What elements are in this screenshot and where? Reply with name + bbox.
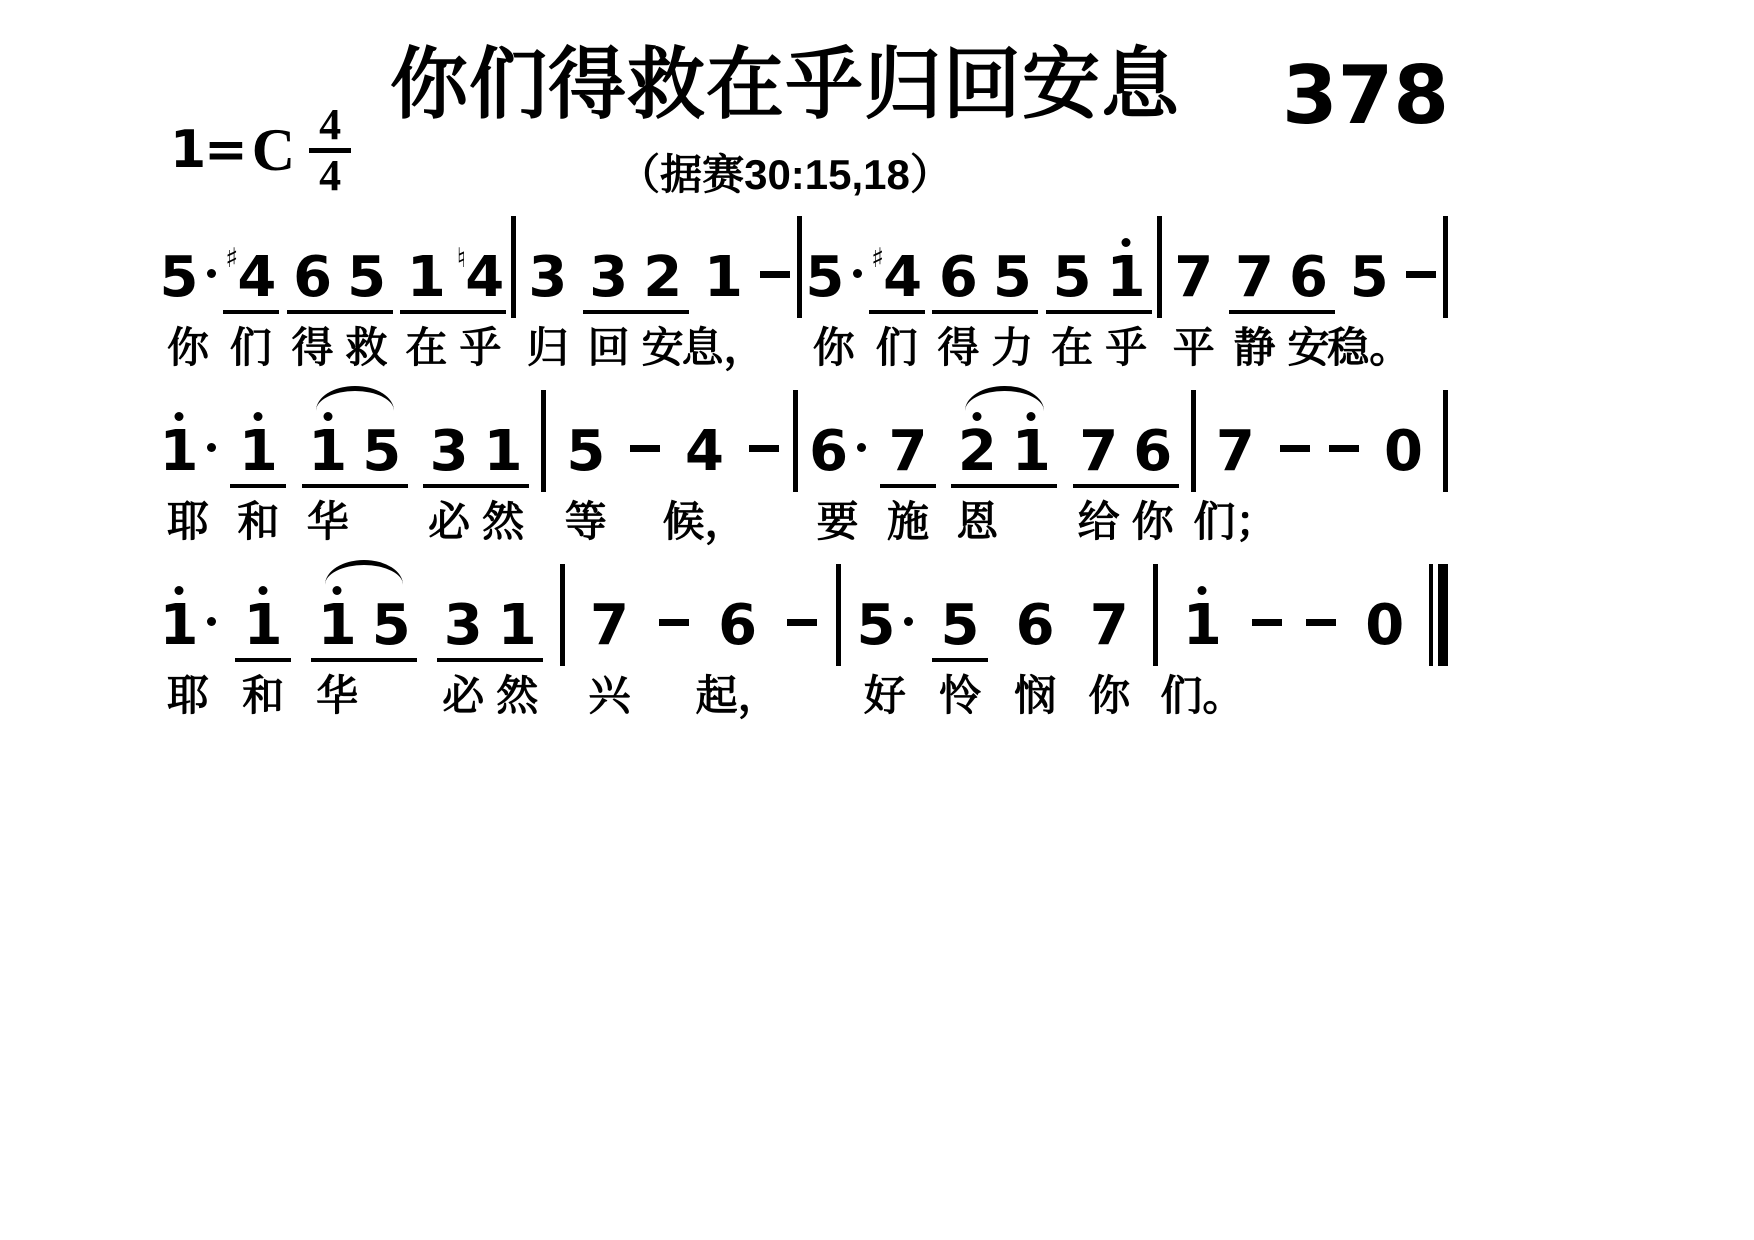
lyric-syllable: 平 — [1173, 324, 1215, 372]
lyric-syllable: 得 — [292, 324, 334, 372]
beam-underline — [1073, 484, 1179, 488]
duration-dash — [787, 619, 817, 626]
lyric-syllable: 华 — [316, 672, 358, 720]
lyric-syllable: 必 — [428, 498, 470, 546]
note-column: 1和 — [234, 552, 292, 720]
lyric-syllable: 们。 — [1160, 672, 1244, 720]
note-column: 5等 — [556, 378, 616, 546]
note-digit: 4 — [883, 250, 922, 306]
note-digit: 1 — [318, 598, 357, 654]
note-column: 5好 — [855, 552, 915, 720]
lyric-syllable: 好 — [864, 672, 906, 720]
note-digit: 6 — [718, 598, 757, 654]
key-label: 1= — [170, 124, 246, 176]
note-column: 1和 — [229, 378, 287, 546]
lyric-syllable: 恩 — [956, 498, 998, 546]
barline — [1157, 216, 1162, 318]
note-glyph: 7 — [1090, 598, 1129, 654]
beam-group: ♯4们 — [866, 204, 928, 372]
note-column: 3归 — [518, 204, 578, 372]
note-zone — [1301, 552, 1341, 664]
beam-group: 6得5救 — [284, 204, 396, 372]
duration-dash — [760, 271, 790, 278]
note-zone — [1275, 378, 1315, 490]
note-zone: 6 — [286, 204, 340, 316]
lyric-syllable: 怜 — [939, 672, 981, 720]
note-column: 1然 — [490, 552, 544, 720]
note-glyph: 7 — [888, 424, 927, 480]
note-column: 6得 — [931, 204, 985, 372]
note-glyph: 6 — [1016, 598, 1055, 654]
beam-group: 6得5力 — [929, 204, 1041, 372]
note-digit: 7 — [1174, 250, 1213, 306]
lyric-syllable: 们； — [1193, 498, 1277, 546]
time-signature: 4 4 — [309, 104, 351, 197]
note-column: 4候， — [675, 378, 735, 546]
note-zone: 7 — [1164, 204, 1224, 316]
octave-dot — [973, 412, 982, 421]
note-digit: 1 — [1012, 424, 1051, 480]
octave-dot — [323, 412, 332, 421]
note-zone: 5 — [931, 552, 989, 664]
note-zone: 3 — [422, 378, 476, 490]
dash-column — [1275, 378, 1315, 546]
note-zone — [1324, 378, 1364, 490]
duration-dash — [749, 445, 779, 452]
lyric-syllable: 你 — [1088, 672, 1130, 720]
note-column: 7施 — [879, 378, 937, 546]
note-digit: 4 — [237, 250, 276, 306]
note-zone: 3 — [436, 552, 490, 664]
note-zone: 5 — [855, 552, 915, 664]
note-digit: 6 — [809, 424, 848, 480]
note-column: 6要 — [808, 378, 868, 546]
beam-group: 1华5 — [308, 552, 420, 720]
beam-group: 3回2安 — [580, 204, 692, 372]
note-glyph: 1 — [318, 598, 357, 654]
rest-note: 0 — [1365, 598, 1404, 654]
note-column: 1息， — [693, 204, 753, 372]
lyric-syllable: 华 — [307, 498, 349, 546]
augmentation-dot — [207, 617, 216, 626]
beam-underline — [235, 658, 291, 662]
note-zone: 5 — [340, 204, 394, 316]
octave-dot — [333, 586, 342, 595]
note-zone — [782, 552, 822, 664]
augmentation-dot — [207, 269, 216, 278]
octave-dot — [259, 586, 268, 595]
lyric-syllable: 兴 — [588, 672, 630, 720]
lyric-syllable: 们 — [230, 324, 272, 372]
note-glyph: 4 — [685, 424, 724, 480]
note-column: ♯4们 — [868, 204, 926, 372]
note-column: 1然 — [476, 378, 530, 546]
dash-column — [782, 552, 822, 720]
score-line: 1耶1和1华53必1然7兴6起，5好5怜6悯7你1们。0 — [158, 552, 1448, 720]
hymn-number: 378 — [1282, 56, 1449, 136]
lyric-syllable: 在 — [1051, 324, 1093, 372]
score: 5你♯4们6得5救1在♮4乎3归3回2安1息，5你♯4们6得5力5在1乎7平7静… — [158, 204, 1448, 726]
augmentation-dot — [853, 269, 862, 278]
note-digit: 1 — [1183, 598, 1222, 654]
note-digit: 6 — [293, 250, 332, 306]
note-column: 7们； — [1205, 378, 1265, 546]
note-glyph: 5 — [941, 598, 980, 654]
lyric-syllable: 等 — [565, 498, 607, 546]
note-digit: 5 — [856, 598, 895, 654]
note-column: 5稳。 — [1339, 204, 1399, 372]
note-zone: 1 — [1172, 552, 1232, 664]
note-digit: 5 — [566, 424, 605, 480]
note-glyph: 1 — [407, 250, 446, 306]
note-zone: 6 — [1126, 378, 1180, 490]
note-column: 7你 — [1079, 552, 1139, 720]
note-digit: 3 — [589, 250, 628, 306]
note-digit: 1 — [244, 598, 283, 654]
time-denominator: 4 — [319, 155, 341, 197]
beam-underline — [583, 310, 689, 314]
beam-group: ♯4们 — [220, 204, 282, 372]
note-zone — [654, 552, 694, 664]
note-glyph: 1 — [498, 598, 537, 654]
note-column: 5救 — [340, 204, 394, 372]
note-zone: 7 — [1072, 378, 1126, 490]
note-digit: 7 — [590, 598, 629, 654]
barline — [797, 216, 802, 318]
note-glyph: 7 — [1235, 250, 1274, 306]
note-glyph: 1 — [1012, 424, 1051, 480]
note-glyph: 5 — [160, 250, 217, 306]
augmentation-dot — [207, 443, 216, 452]
score-line: 5你♯4们6得5救1在♮4乎3归3回2安1息，5你♯4们6得5力5在1乎7平7静… — [158, 204, 1448, 372]
note-column: 0 — [1373, 378, 1433, 546]
note-zone: 3 — [518, 204, 578, 316]
note-column: 0 — [1355, 552, 1415, 720]
duration-dash — [1329, 445, 1359, 452]
note-glyph: 2 — [643, 250, 682, 306]
note-glyph: 6 — [293, 250, 332, 306]
note-glyph: 1 — [244, 598, 283, 654]
octave-dot — [1122, 238, 1131, 247]
lyric-syllable: 乎 — [1105, 324, 1147, 372]
note-zone: 4 — [675, 378, 735, 490]
note-digit: 1 — [160, 598, 199, 654]
lyric-syllable: 施 — [887, 498, 929, 546]
barline — [1443, 390, 1448, 492]
key-time-signature: 1= C 4 4 — [170, 104, 351, 197]
lyric-syllable: 安 — [642, 324, 684, 372]
barline — [1443, 216, 1448, 318]
note-zone: 7 — [1228, 204, 1282, 316]
note-zone: ♯4 — [222, 204, 280, 316]
note-digit: 1 — [407, 250, 446, 306]
dash-column — [654, 552, 694, 720]
final-barline-thick — [1438, 564, 1448, 666]
lyric-syllable: 归 — [527, 324, 569, 372]
duration-dash — [1252, 619, 1282, 626]
lyric-syllable: 息， — [681, 324, 765, 372]
note-digit: 5 — [362, 424, 401, 480]
duration-dash — [1306, 619, 1336, 626]
note-glyph: 6 — [939, 250, 978, 306]
note-column: 1们。 — [1172, 552, 1232, 720]
note-column: 1在 — [399, 204, 453, 372]
beam-underline — [1046, 310, 1152, 314]
beam-underline — [951, 484, 1057, 488]
lyric-syllable: 在 — [405, 324, 447, 372]
octave-dot — [254, 412, 263, 421]
beam-group: 7静6安 — [1226, 204, 1338, 372]
note-zone: 2 — [636, 204, 690, 316]
beam-underline — [869, 310, 925, 314]
note-column: 1乎 — [1099, 204, 1153, 372]
note-zone: ♮4 — [453, 204, 507, 316]
note-zone: 0 — [1373, 378, 1433, 490]
note-zone — [744, 378, 784, 490]
note-glyph: 0 — [1384, 424, 1423, 480]
note-glyph: ♮4 — [457, 245, 505, 306]
note-glyph: 0 — [1365, 598, 1404, 654]
note-column: 5你 — [158, 204, 218, 372]
note-digit: 1 — [160, 424, 199, 480]
note-zone: 5 — [1045, 204, 1099, 316]
note-column: 7静 — [1228, 204, 1282, 372]
note-column: ♮4乎 — [453, 204, 507, 372]
note-digit: 7 — [888, 424, 927, 480]
note-digit: 4 — [685, 424, 724, 480]
barline — [1153, 564, 1158, 666]
beam-underline — [437, 658, 543, 662]
note-column: 7兴 — [579, 552, 639, 720]
lyric-syllable: 然 — [482, 498, 524, 546]
note-zone — [755, 204, 795, 316]
note-glyph: 5 — [566, 424, 605, 480]
hymn-title: 你们得救在乎归回安息 — [380, 44, 1190, 126]
note-digit: 4 — [465, 250, 504, 306]
note-digit: 5 — [1053, 250, 1092, 306]
note-digit: 6 — [1016, 598, 1055, 654]
note-zone: 1 — [234, 552, 292, 664]
beam-underline — [400, 310, 506, 314]
lyric-syllable: 回 — [588, 324, 630, 372]
note-glyph: 7 — [590, 598, 629, 654]
lyric-syllable: 乎 — [459, 324, 501, 372]
note-glyph: 5 — [347, 250, 386, 306]
note-digit: 7 — [1079, 424, 1118, 480]
note-zone: 1 — [158, 552, 218, 664]
note-digit: 1 — [239, 424, 278, 480]
note-column: 5怜 — [931, 552, 989, 720]
dash-column — [1301, 552, 1341, 720]
note-digit: 6 — [939, 250, 978, 306]
lyric-syllable: 给 — [1078, 498, 1120, 546]
note-glyph: 1 — [484, 424, 523, 480]
beam-underline — [302, 484, 408, 488]
note-column: 2安 — [636, 204, 690, 372]
note-digit: 3 — [430, 424, 469, 480]
dash-column — [625, 378, 665, 546]
note-glyph: ♯4 — [871, 245, 922, 306]
beam-group: 1和 — [232, 552, 294, 720]
note-zone: 1 — [1099, 204, 1153, 316]
note-column: 5力 — [985, 204, 1039, 372]
note-column: 1耶 — [158, 552, 218, 720]
note-digit: 5 — [941, 598, 980, 654]
note-zone: 1 — [229, 378, 287, 490]
note-zone: 7 — [879, 378, 937, 490]
dash-column — [1401, 204, 1441, 372]
note-column: 5在 — [1045, 204, 1099, 372]
note-glyph: 7 — [1079, 424, 1118, 480]
note-glyph: 6 — [718, 598, 757, 654]
note-zone: 1 — [399, 204, 453, 316]
scripture-reference: （据赛30:15,18） — [380, 142, 1190, 202]
note-digit: 5 — [993, 250, 1032, 306]
note-glyph: 3 — [430, 424, 469, 480]
score-line: 1耶1和1华53必1然5等4候，6要7施2恩17给6你7们；0 — [158, 378, 1448, 546]
note-digit: 1 — [1107, 250, 1146, 306]
barline — [1191, 390, 1196, 492]
lyric-syllable: 要 — [817, 498, 859, 546]
note-zone — [1247, 552, 1287, 664]
note-digit: 1 — [484, 424, 523, 480]
note-column: 7给 — [1072, 378, 1126, 546]
lyric-syllable: 起， — [696, 672, 780, 720]
note-glyph: 5 — [805, 250, 862, 306]
note-digit: 3 — [528, 250, 567, 306]
note-zone: 6 — [708, 552, 768, 664]
lyric-syllable: 然 — [496, 672, 538, 720]
beam-group: 5在1乎 — [1043, 204, 1155, 372]
note-digit: 6 — [1133, 424, 1172, 480]
note-column: 7平 — [1164, 204, 1224, 372]
duration-dash — [1406, 271, 1436, 278]
note-glyph: 7 — [1174, 250, 1213, 306]
barline — [560, 564, 565, 666]
lyric-syllable: 耶 — [167, 672, 209, 720]
note-zone: 5 — [1339, 204, 1399, 316]
augmentation-dot — [857, 443, 866, 452]
note-glyph: 5 — [362, 424, 401, 480]
note-zone — [1401, 204, 1441, 316]
beam-underline — [880, 484, 936, 488]
note-zone: 5 — [158, 204, 218, 316]
augmentation-dot — [904, 617, 913, 626]
note-glyph: 5 — [993, 250, 1032, 306]
barline — [836, 564, 841, 666]
note-glyph: 3 — [444, 598, 483, 654]
note-glyph: 2 — [958, 424, 997, 480]
lyric-syllable: 们 — [876, 324, 918, 372]
beam-underline — [423, 484, 529, 488]
beam-underline — [223, 310, 279, 314]
note-column: 6得 — [286, 204, 340, 372]
beam-underline — [932, 658, 988, 662]
lyric-syllable: 悯 — [1014, 672, 1056, 720]
note-zone: 1 — [476, 378, 530, 490]
barline — [541, 390, 546, 492]
note-glyph: 3 — [589, 250, 628, 306]
dash-column — [755, 204, 795, 372]
beam-group: 3必1然 — [420, 378, 532, 546]
hymn-sheet-page: 1= C 4 4 你们得救在乎归回安息 378 （据赛30:15,18） 5你♯… — [0, 0, 1754, 1240]
note-digit: 7 — [1235, 250, 1274, 306]
note-glyph: 1 — [704, 250, 743, 306]
lyric-syllable: 候， — [663, 498, 747, 546]
note-column: 3必 — [436, 552, 490, 720]
note-column: 5你 — [804, 204, 864, 372]
beam-underline — [311, 658, 417, 662]
duration-dash — [659, 619, 689, 626]
note-digit: 5 — [1350, 250, 1389, 306]
note-zone: 0 — [1355, 552, 1415, 664]
beam-underline — [230, 484, 286, 488]
beam-group: 7施 — [877, 378, 939, 546]
duration-dash — [630, 445, 660, 452]
note-digit: 1 — [308, 424, 347, 480]
note-zone: 6 — [1005, 552, 1065, 664]
beam-group: 1华5 — [299, 378, 411, 546]
note-column: 6起， — [708, 552, 768, 720]
note-column: 3必 — [422, 378, 476, 546]
note-zone: 1 — [158, 378, 218, 490]
note-column: ♯4们 — [222, 204, 280, 372]
lyric-syllable: 救 — [346, 324, 388, 372]
note-glyph: 1 — [160, 598, 217, 654]
note-column: 1耶 — [158, 378, 218, 546]
note-zone: 5 — [556, 378, 616, 490]
note-digit: 3 — [444, 598, 483, 654]
note-zone: 1 — [490, 552, 544, 664]
beam-group: 1在♮4乎 — [397, 204, 509, 372]
lyric-syllable: 耶 — [167, 498, 209, 546]
note-glyph: 1 — [239, 424, 278, 480]
beam-group: 2恩1 — [948, 378, 1060, 546]
duration-dash — [1280, 445, 1310, 452]
key-note: C — [252, 120, 295, 180]
note-glyph: 6 — [809, 424, 866, 480]
dash-column — [744, 378, 784, 546]
lyric-syllable: 稳。 — [1327, 324, 1411, 372]
note-digit: 2 — [958, 424, 997, 480]
note-zone: 7 — [1079, 552, 1139, 664]
note-glyph: 6 — [1289, 250, 1328, 306]
octave-dot — [1198, 586, 1207, 595]
note-glyph: 1 — [160, 424, 217, 480]
note-column: 6悯 — [1005, 552, 1065, 720]
note-column: 6你 — [1126, 378, 1180, 546]
octave-dot — [1027, 412, 1036, 421]
lyric-syllable: 安 — [1287, 324, 1329, 372]
note-digit: 5 — [805, 250, 844, 306]
lyric-syllable: 和 — [242, 672, 284, 720]
note-zone: 7 — [579, 552, 639, 664]
dash-column — [1324, 378, 1364, 546]
note-glyph: 5 — [1053, 250, 1092, 306]
lyric-syllable: 得 — [937, 324, 979, 372]
lyric-syllable: 你 — [813, 324, 855, 372]
note-zone: 7 — [1205, 378, 1265, 490]
note-zone: 5 — [985, 204, 1039, 316]
final-barline-thin — [1429, 564, 1433, 666]
beam-group: 3必1然 — [434, 552, 546, 720]
beam-group: 1和 — [227, 378, 289, 546]
note-zone: 3 — [582, 204, 636, 316]
note-glyph: 5 — [1350, 250, 1389, 306]
note-zone: 6 — [808, 378, 868, 490]
note-digit: 1 — [704, 250, 743, 306]
lyric-syllable: 和 — [237, 498, 279, 546]
